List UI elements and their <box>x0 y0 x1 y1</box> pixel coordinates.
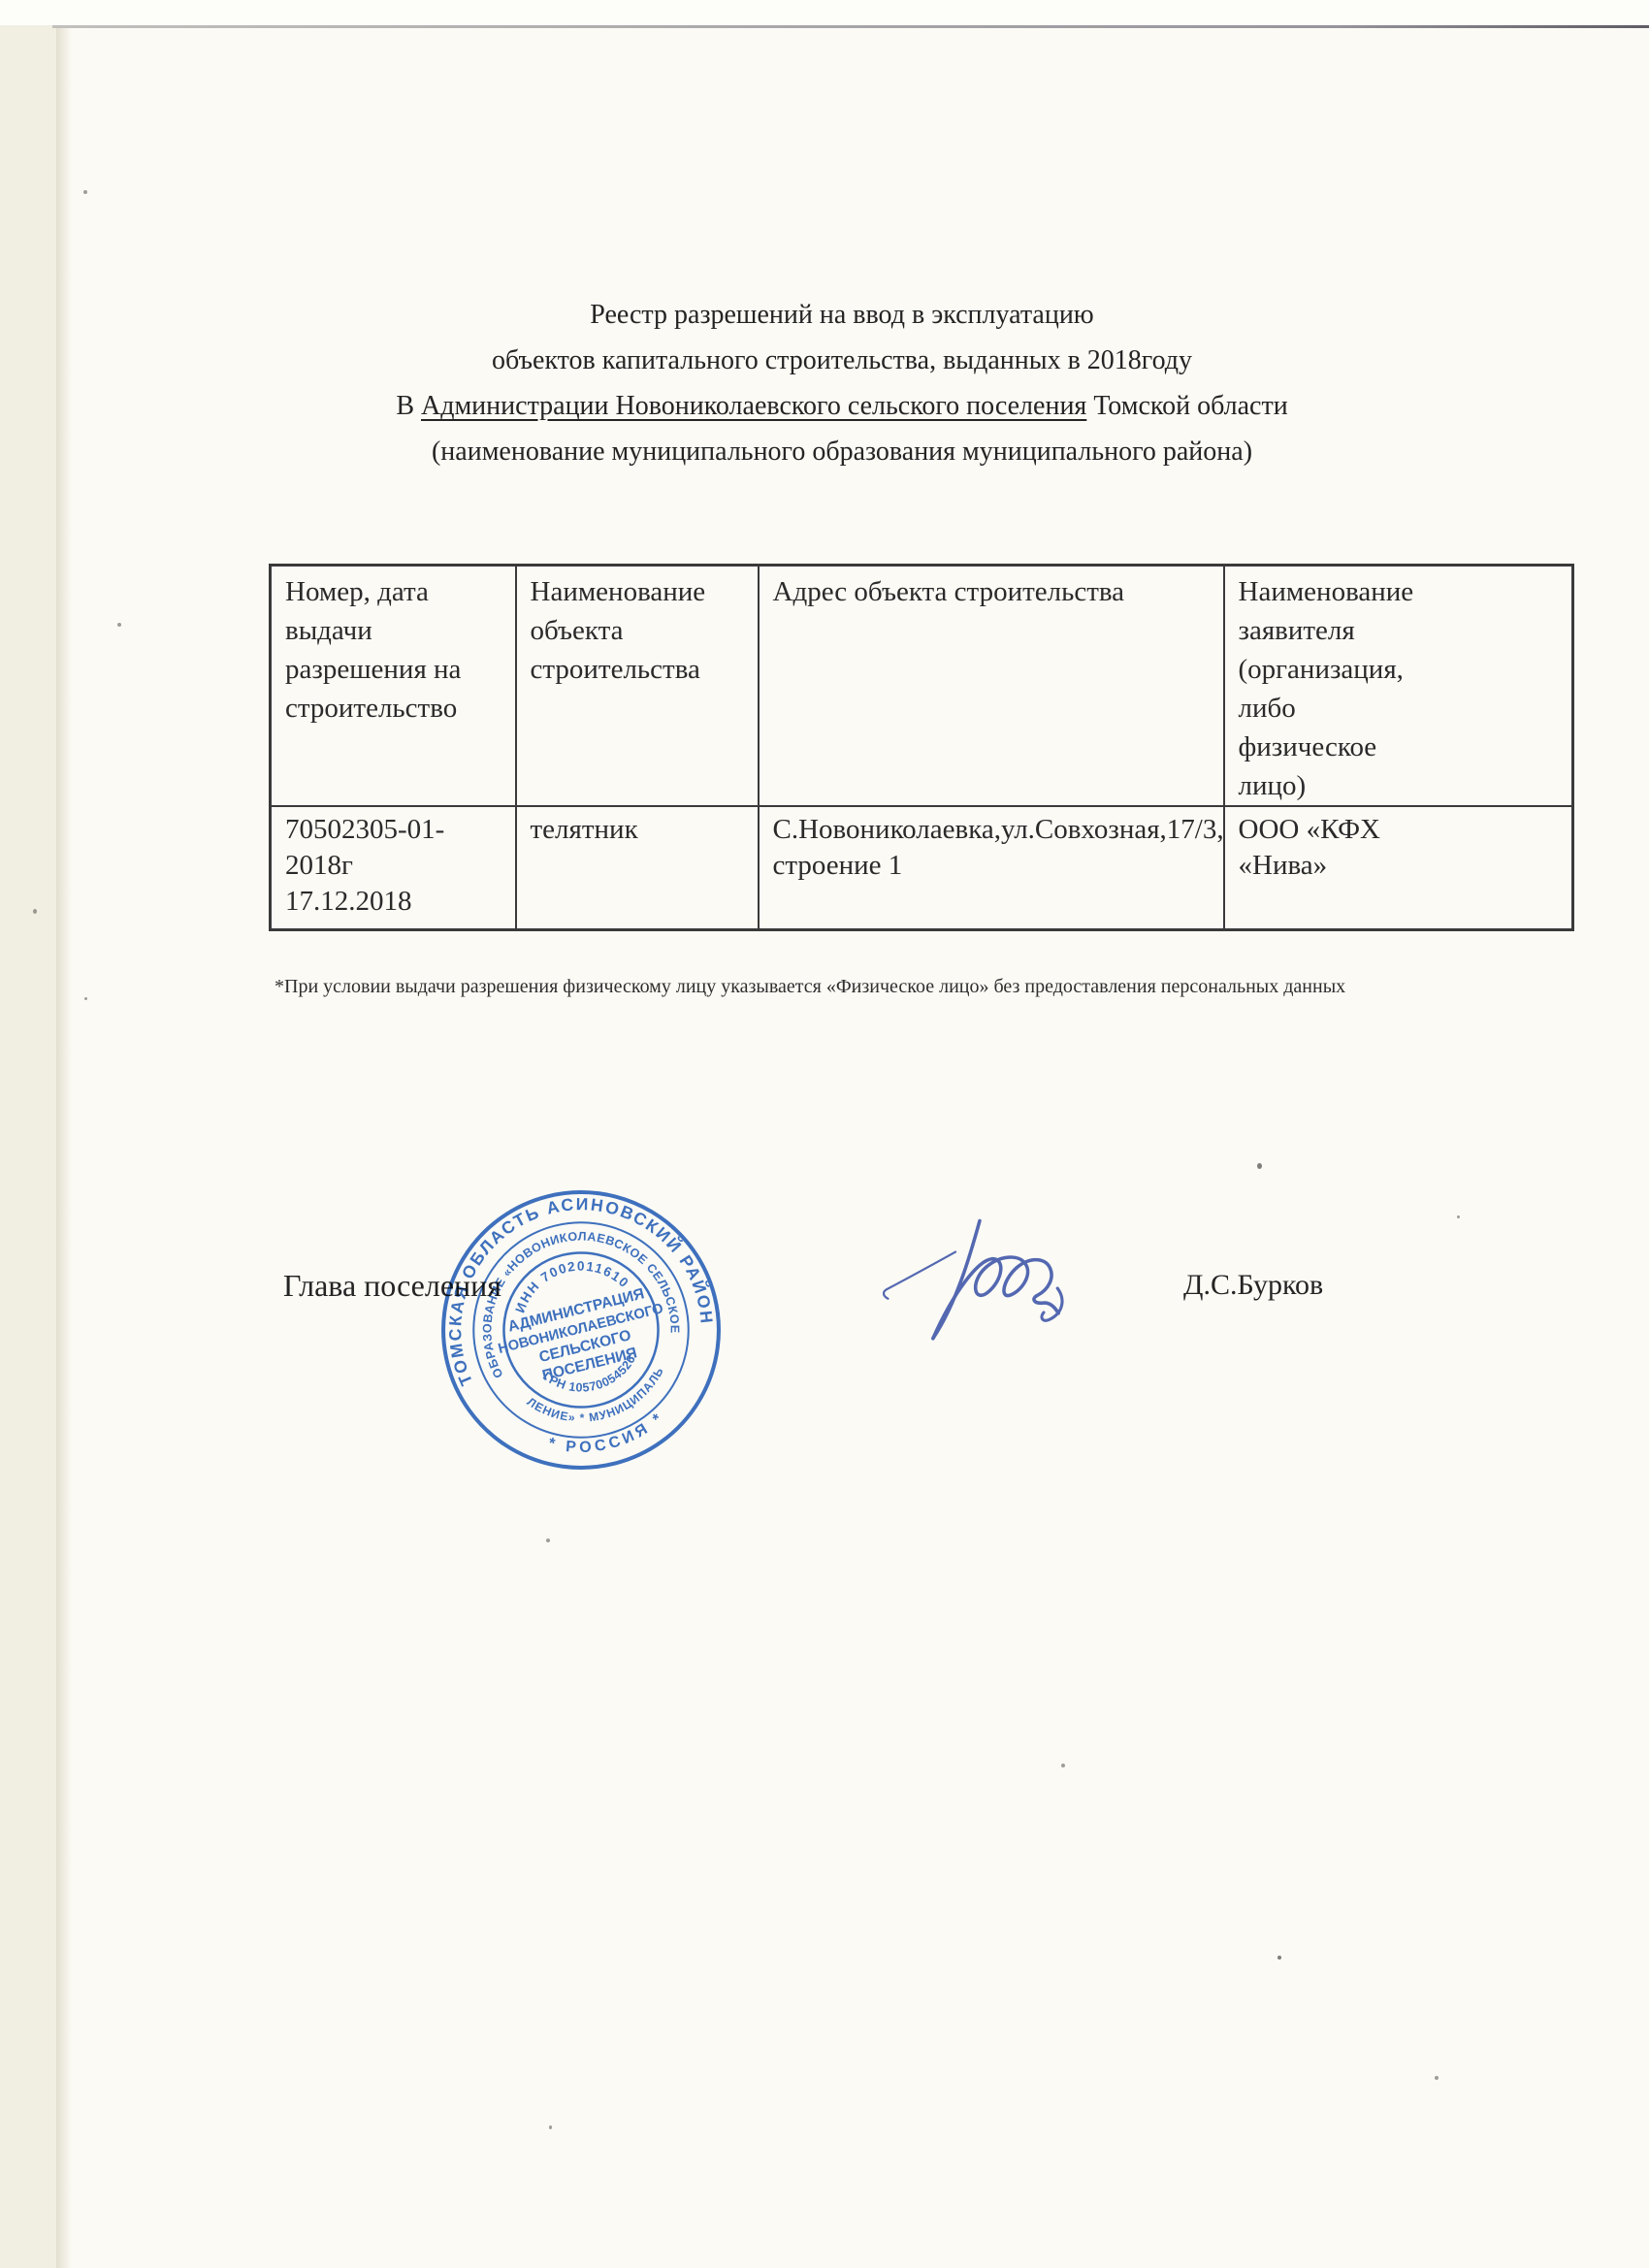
permits-registry-table: Номер, дата выдачи разрешения на строите… <box>269 564 1574 931</box>
table-row: 70502305-01-2018г 17.12.2018 телятник С.… <box>271 806 1573 930</box>
title-line3-prefix: В <box>396 391 421 421</box>
document-title-line-3: В Администрации Новониколаевского сельск… <box>58 383 1626 429</box>
scan-speck <box>1457 1215 1460 1218</box>
scan-speck <box>1277 1956 1281 1960</box>
cell-permit-number-date: 70502305-01-2018г 17.12.2018 <box>271 806 516 930</box>
scanned-document-page: Реестр разрешений на ввод в эксплуатацию… <box>0 0 1649 2268</box>
col-header-object-address: Адрес объекта строительства <box>759 566 1224 807</box>
cell-object-name: телятник <box>516 806 759 930</box>
cell-object-address: С.Новониколаевка,ул.Совхозная,17/3, стро… <box>759 806 1224 930</box>
scan-speck <box>1257 1163 1262 1169</box>
title-line3-suffix: Томской области <box>1086 391 1287 421</box>
document-title-block: Реестр разрешений на ввод в эксплуатацию… <box>58 292 1626 474</box>
table-header-row: Номер, дата выдачи разрешения на строите… <box>271 566 1573 807</box>
scan-speck <box>83 190 87 194</box>
scan-speck <box>117 623 121 627</box>
cell-applicant-name: ООО «КФХ «Нива» <box>1224 806 1573 930</box>
document-title-line-1: Реестр разрешений на ввод в эксплуатацию <box>58 292 1626 338</box>
col-header-applicant-name: Наименование заявителя (организация, либ… <box>1224 566 1573 807</box>
scan-speck <box>1435 2076 1439 2080</box>
scan-speck <box>84 997 87 1000</box>
col-header-permit-number-date: Номер, дата выдачи разрешения на строите… <box>271 566 516 807</box>
signer-name: Д.С.Бурков <box>1183 1269 1323 1302</box>
title-line3-municipality-underlined: Администрации Новониколаевского сельског… <box>421 391 1086 421</box>
document-title-line-4: (наименование муниципального образования… <box>58 429 1626 474</box>
document-title-line-2: объектов капитального строительства, выд… <box>58 338 1626 383</box>
scan-speck <box>546 1539 550 1542</box>
scan-speck <box>549 2125 552 2129</box>
handwritten-signature-icon <box>876 1209 1083 1346</box>
scan-left-shadow-band <box>0 0 56 2268</box>
official-round-stamp-icon: ТОМСКАЯ ОБЛАСТЬ АСИНОВСКИЙ РАЙОН * РОССИ… <box>404 1152 759 1507</box>
scan-top-edge-line <box>52 25 1649 28</box>
scan-top-margin <box>0 0 1649 25</box>
footnote: *При условии выдачи разрешения физическо… <box>275 976 1345 998</box>
scan-speck <box>33 909 37 914</box>
col-header-object-name: Наименование объекта строительства <box>516 566 759 807</box>
scan-speck <box>1061 1764 1065 1767</box>
